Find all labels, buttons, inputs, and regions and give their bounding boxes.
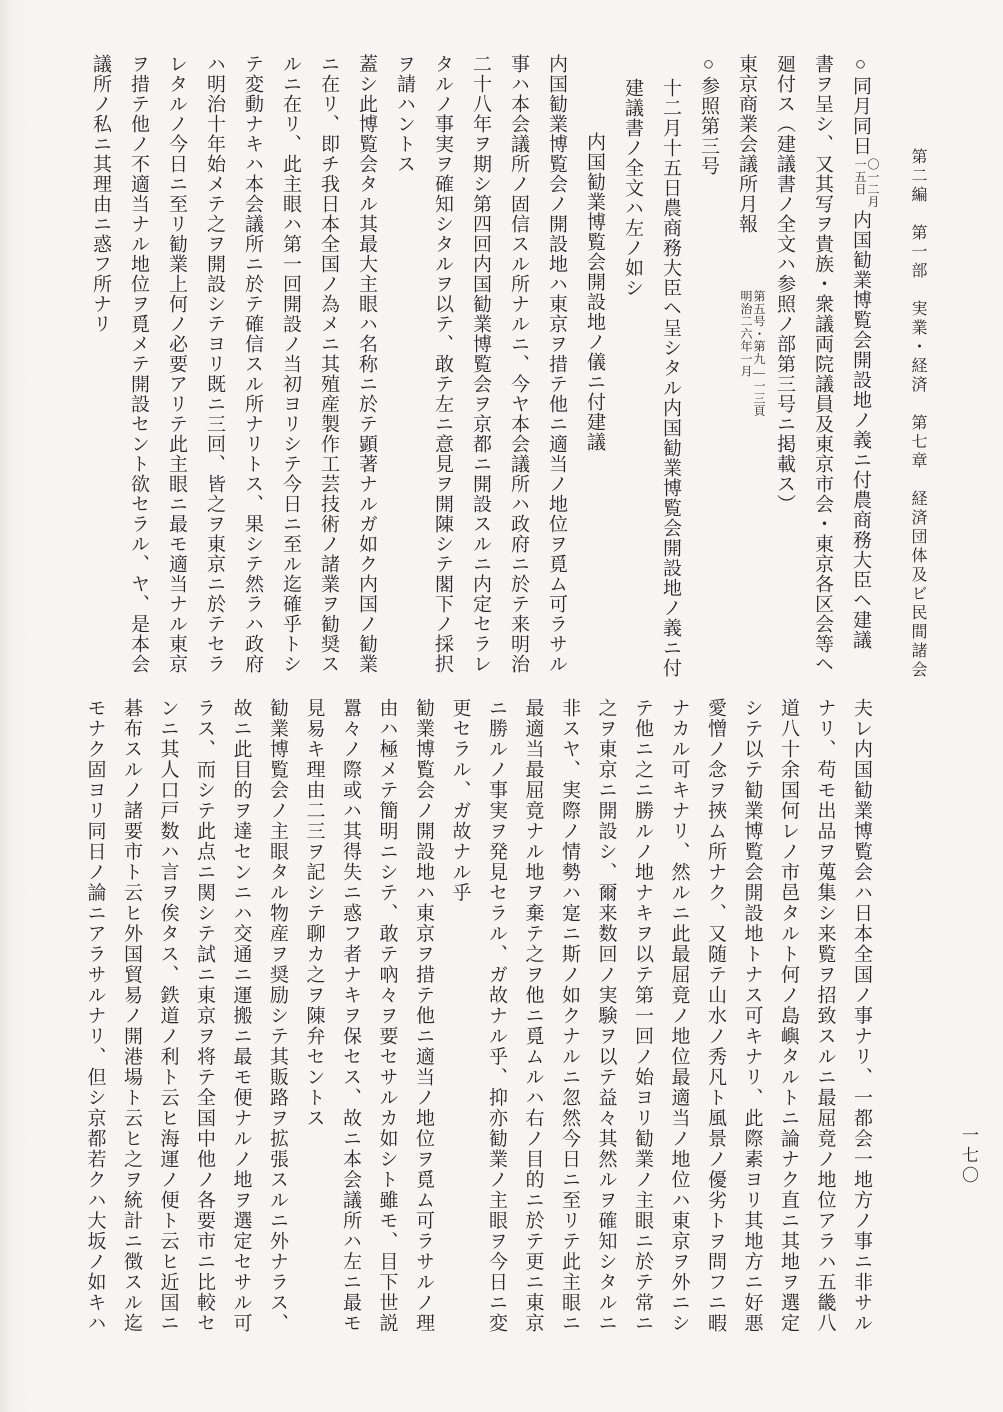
text-column: ○参照第三号	[689, 54, 727, 688]
text-column: シテ以テ勧業博覧会開設地トナス可キナリ、此際素ヨリ其地方ニ好悪	[733, 698, 770, 1350]
text-column: 事ハ本会議所ノ固信スル所ナルニ、今ヤ本会議所ハ政府ニ於テ来明治	[499, 54, 537, 688]
text-column: テ変動ナキハ本会議所ニ於テ確信スル所ナリトス、果シテ然ラハ政府	[233, 54, 271, 688]
body-block: 夫レ内国勧業博覧会ハ日本全国ノ事ナリ、一都会一地方ノ事ニ非サル ナリ、苟モ出品ヲ…	[76, 698, 879, 1350]
text-column: 東京商業会議所月報第五号・第九—一三頁明治二六年一月	[727, 54, 765, 688]
text-column: 十二月十五日農商務大臣ヘ呈シタル内国勧業博覧会開設地ノ義ニ付	[651, 54, 689, 688]
text-column: 建議書ノ全文ハ左ノ如シ	[613, 54, 651, 688]
text-column: 故ニ此目的ヲ達センニハ交通ニ運搬ニ最モ便ナルノ地ヲ選定セサル可	[222, 698, 259, 1350]
text-column: 二十八年ヲ期シ第四回内国勧業博覧会ヲ京都ニ開設スルニ内定セラレ	[461, 54, 499, 688]
running-header: 第二編 第一部 実業・経済 第七章 経済団体及ビ民間諸会	[906, 148, 929, 680]
text-column: 囂々ノ際或ハ其得失ニ惑フ者ナキヲ保セス、故ニ本会議所ハ左ニ最モ	[332, 698, 369, 1350]
text-column: 之ヲ東京ニ開設シ、爾来数回ノ実験ヲ以テ益々其然ルヲ確知シタルニ	[587, 698, 624, 1350]
text-column: 碁布スルノ諸要市ト云ヒ外国貿易ノ開港場ト云ヒ之ヲ統計ニ徴スル迄	[113, 698, 150, 1350]
entry-title-text: 内国勧業博覧会開設地ノ義ニ付農商務大臣ヘ建議	[850, 210, 871, 650]
warichu-date-note: 〇一二月一五日	[853, 158, 879, 208]
warichu-line: 一五日	[853, 158, 866, 208]
scanned-page: 第二編 第一部 実業・経済 第七章 経済団体及ビ民間諸会 ○同月同日〇一二月一五…	[0, 0, 1003, 1412]
text-column: ニ勝ルノ事実ヲ発見セラル、ガ故ナル乎、抑亦勧業ノ主眼ヲ今日ニ変	[478, 698, 515, 1350]
text-column: ラス、而シテ此点ニ関シテ試ニ東京ヲ将テ全国中他ノ各要市ニ比較セ	[186, 698, 223, 1350]
text-column: タルノ事実ヲ確知シタルヲ以テ、敢テ左ニ意見ヲ開陳シテ閣下ノ採択	[423, 54, 461, 688]
text-column: 勧業博覧会ノ主眼タル物産ヲ奨励シテ其販路ヲ拡張スルニ外ナラス、	[259, 698, 296, 1350]
text-column: 見易キ理由二三ヲ記シテ聊カ之ヲ陳弁セントス	[295, 698, 332, 1350]
text-column: 愛憎ノ念ヲ挾ム所ナク、又随テ山水ノ秀凡ト風景ノ優劣トヲ問フニ暇	[697, 698, 734, 1350]
text-column: ナリ、苟モ出品ヲ蒐集シ来覧ヲ招致スルニ最屈竟ノ地位アラハ五畿八	[806, 698, 843, 1350]
warichu-source-note: 第五号・第九—一三頁明治二六年一月	[739, 290, 765, 417]
text-column: 議所ノ私ニ其理由ニ惑フ所ナリ	[81, 54, 119, 688]
warichu-line: 明治二六年一月	[739, 290, 752, 417]
text-column: ナカル可キナリ、然ルニ此最屈竟ノ地位最適当ノ地位ハ東京ヲ外ニシ	[660, 698, 697, 1350]
text-column: 内国勧業博覧会開設地ノ儀ニ付建議	[575, 54, 613, 688]
text-column: 廻付ス（建議書ノ全文ハ参照ノ部第三号ニ掲載ス）	[765, 54, 803, 688]
text-column: 最適当最屈竟ナル地ヲ棄テ之ヲ他ニ覓ムルハ右ノ目的ニ於テ更ニ東京	[514, 698, 551, 1350]
text-column: ンニ其人口戸数ハ言ヲ俟タス、鉄道ノ利ト云ヒ海運ノ便ト云ヒ近国ニ	[149, 698, 186, 1350]
text-column: モナク固ヨリ同日ノ論ニアラサルナリ、但シ京都若クハ大坂ノ如キハ	[76, 698, 113, 1350]
page-number: 一七〇	[956, 1126, 981, 1186]
text-column: 蓋シ此博覧会タル其最大主眼ハ名称ニ於テ顕著ナルガ如ク内国ノ勧業	[347, 54, 385, 688]
text-column: 更セラル、ガ故ナル乎	[441, 698, 478, 1350]
text-column: 非スヤ、実際ノ情勢ハ寔ニ斯ノ如クナルニ忽然今日ニ至リテ此主眼ニ	[551, 698, 588, 1350]
warichu-line: 第五号・第九—一三頁	[752, 290, 765, 417]
text-column: 勧業博覧会ノ開設地ハ東京ヲ措テ他ニ適当ノ地位ヲ覓ム可ラサルノ理	[405, 698, 442, 1350]
text-column: ○同月同日〇一二月一五日内国勧業博覧会開設地ノ義ニ付農商務大臣ヘ建議	[841, 54, 879, 688]
text-column: 夫レ内国勧業博覧会ハ日本全国ノ事ナリ、一都会一地方ノ事ニ非サル	[843, 698, 880, 1350]
text-column: ヲ措テ他ノ不適当ナル地位ヲ覓メテ開設セント欲セラル、ヤ、是本会	[119, 54, 157, 688]
entry-block: ○同月同日〇一二月一五日内国勧業博覧会開設地ノ義ニ付農商務大臣ヘ建議 書ヲ呈シ、…	[81, 54, 879, 688]
warichu-line: 〇一二月	[866, 158, 879, 208]
text-column: 道八十余国何レノ市邑タルト何ノ島嶼タルトニ論ナク直ニ其地ヲ選定	[770, 698, 807, 1350]
text-column: 書ヲ呈シ、又其写ヲ貴族・衆議両院議員及東京市会・東京各区会等ヘ	[803, 54, 841, 688]
text-column: ハ明治十年始メテ之ヲ開設シテヨリ既ニ三回、皆之ヲ東京ニ於テセラ	[195, 54, 233, 688]
text-column: テ他ニ之ニ勝ルノ地ナキヲ以テ第一回ノ始ヨリ勧業ノ主眼ニ於テ常ニ	[624, 698, 661, 1350]
text-column: 内国勧業博覧会ノ開設地ハ東京ヲ措テ他ニ適当ノ地位ヲ覓ム可ラサル	[537, 54, 575, 688]
text-column: ヲ請ハントス	[385, 54, 423, 688]
text-column: ニ在リ、即チ我日本全国ノ為メニ其殖産製作工芸技術ノ諸業ヲ勧奨ス	[309, 54, 347, 688]
text-column: 由ハ極メテ簡明ニシテ、敢テ吶々ヲ要セサルカ如シト雖モ、目下世説	[368, 698, 405, 1350]
source-title-text: 東京商業会議所月報	[736, 54, 757, 234]
entry-marker-text: ○同月同日	[850, 54, 871, 156]
text-column: ルニ在リ、此主眼ハ第一回開設ノ当初ヨリシテ今日ニ至ル迄確乎トシ	[271, 54, 309, 688]
text-column: レタルノ今日ニ至リ勧業上何ノ必要アリテ此主眼ニ最モ適当ナル東京	[157, 54, 195, 688]
